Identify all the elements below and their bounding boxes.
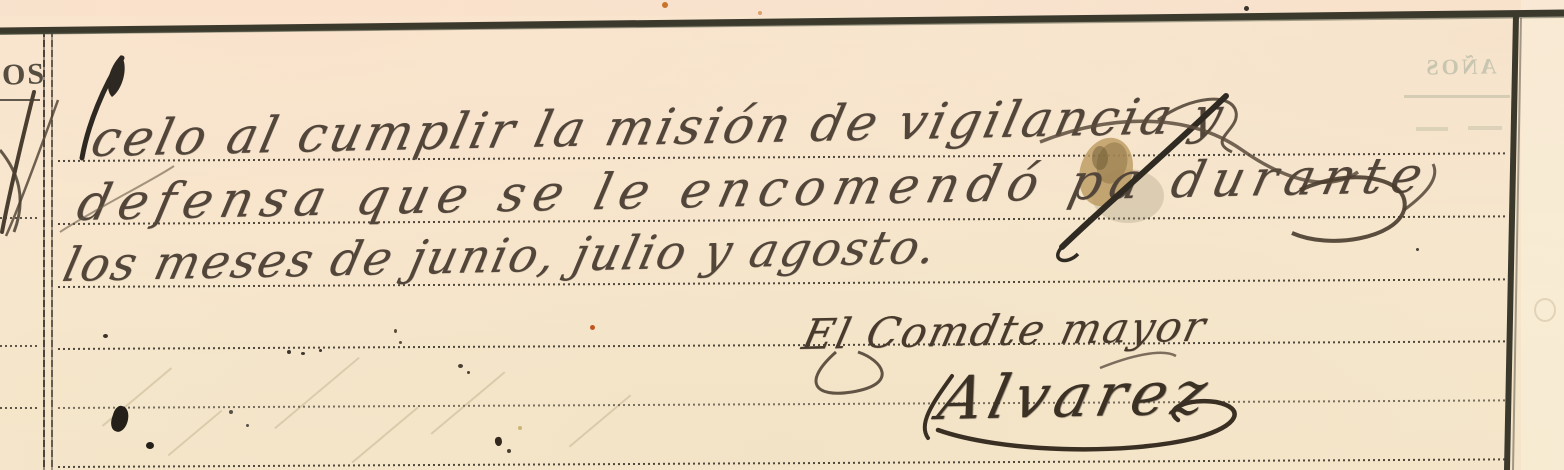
ink-speck — [590, 325, 595, 330]
closing-role-line: El Comdte mayor — [798, 302, 1212, 359]
bleedthrough-stroke — [431, 371, 506, 434]
ink-speck — [458, 364, 463, 368]
paper-watermark-ring — [1534, 298, 1556, 322]
scanned-manuscript-page: { "manuscript": { "lines": [ "celo al cu… — [0, 0, 1564, 470]
ink-speck — [287, 350, 291, 354]
ink-speck — [494, 436, 503, 446]
ink-speck — [662, 2, 668, 8]
bleedthrough-stroke — [569, 395, 632, 448]
ink-speck — [103, 334, 108, 338]
ink-speck — [246, 424, 249, 427]
printed-header-fragment: OS — [1, 57, 46, 93]
bleedthrough-anos-header: AÑOS — [1408, 53, 1512, 81]
margin-ruled-line-fragment — [0, 407, 40, 409]
ink-speck — [229, 410, 233, 414]
left-double-rule-inner — [51, 30, 53, 470]
paper-right-margin — [1521, 0, 1564, 470]
ink-speck — [518, 426, 522, 430]
bleedthrough-mark — [1416, 127, 1448, 131]
paper-top-margin — [0, 0, 1564, 16]
left-double-rule-outer — [43, 30, 45, 470]
margin-ruled-line-fragment — [0, 345, 40, 347]
dotted-ruled-line — [58, 399, 1506, 409]
ink-speck — [146, 442, 154, 449]
dotted-ruled-line — [58, 458, 1506, 468]
bleedthrough-stroke — [274, 357, 360, 429]
ink-speck — [319, 349, 322, 352]
ink-speck — [507, 449, 511, 453]
margin-cell-border — [0, 99, 40, 101]
ink-speck — [1416, 248, 1419, 251]
margin-ruled-line-fragment — [0, 217, 40, 219]
signature-name: Alvarez — [932, 358, 1219, 434]
ink-speck — [758, 11, 762, 15]
bleedthrough-rule — [1404, 95, 1510, 98]
ink-speck — [301, 352, 305, 355]
ink-speck — [394, 329, 397, 333]
ink-speck — [1244, 6, 1249, 11]
bleedthrough-stroke — [168, 410, 223, 457]
ink-speck — [399, 341, 402, 344]
bleedthrough-mark — [1468, 126, 1502, 130]
ink-speck — [467, 371, 470, 374]
dotted-ruled-line — [58, 340, 1506, 350]
bleedthrough-stroke — [351, 407, 418, 464]
